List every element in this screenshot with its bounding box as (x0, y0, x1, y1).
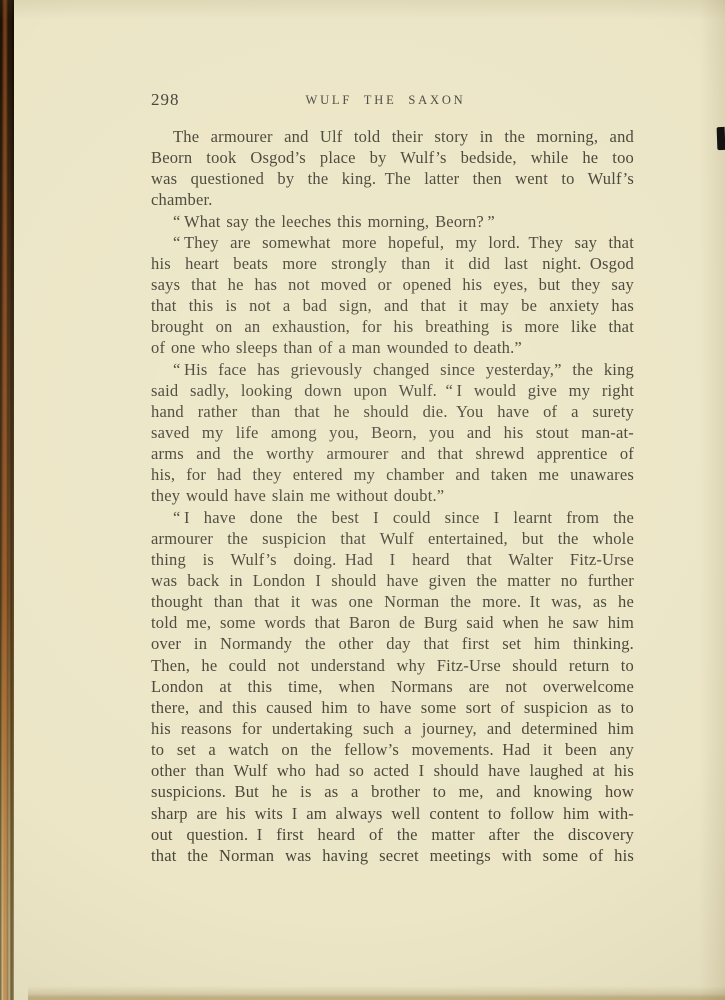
text-line: sharp are his wits I am always well cont… (151, 803, 634, 824)
body-text: The armourer and Ulf told their story in… (151, 126, 634, 866)
text-line: there, and this caused him to have some … (151, 697, 634, 718)
text-line: that the Norman was having secret meetin… (151, 845, 634, 866)
text-line: his reasons for undertaking such a journ… (151, 718, 634, 739)
text-line: “ His face has grievously changed since … (151, 359, 634, 380)
page-header: 298 WULF THE SAXON (151, 90, 620, 110)
text-line: was questioned by the king. The latter t… (151, 168, 634, 189)
book-binding-edge (0, 0, 14, 1000)
text-line: they would have slain me without doubt.” (151, 485, 634, 506)
text-line: said sadly, looking down upon Wulf. “ I … (151, 380, 634, 401)
text-line: out question. I first heard of the matte… (151, 824, 634, 845)
text-line: saved my life among you, Beorn, you and … (151, 422, 634, 443)
text-line: armourer the suspicion that Wulf enterta… (151, 528, 634, 549)
text-line: that this is not a bad sign, and that it… (151, 295, 634, 316)
text-line: arms and the worthy armourer and that sh… (151, 443, 634, 464)
text-line: told me, some words that Baron de Burg s… (151, 612, 634, 633)
text-line: London at this time, when Normans are no… (151, 676, 634, 697)
adjacent-page-ink-mark (717, 127, 725, 150)
running-title: WULF THE SAXON (151, 93, 620, 108)
book-page-scan: 298 WULF THE SAXON The armourer and Ulf … (0, 0, 725, 1000)
text-line: thought than that it was one Norman the … (151, 591, 634, 612)
text-line: says that he has not moved or opened his… (151, 274, 634, 295)
text-line: chamber. (151, 189, 634, 210)
text-line: of one who sleeps than of a man wounded … (151, 337, 634, 358)
book-page: 298 WULF THE SAXON The armourer and Ulf … (14, 0, 725, 1000)
text-line: “ I have done the best I could since I l… (151, 507, 634, 528)
text-line: was back in London I should have given t… (151, 570, 634, 591)
text-line: his heart beats more strongly than it di… (151, 253, 634, 274)
text-line: “ They are somewhat more hopeful, my lor… (151, 232, 634, 253)
text-line: The armourer and Ulf told their story in… (151, 126, 634, 147)
text-line: Beorn took Osgod’s place by Wulf’s bedsi… (151, 147, 634, 168)
text-line: his, for had they entered my chamber and… (151, 464, 634, 485)
text-line: over in Normandy the other day that firs… (151, 633, 634, 654)
text-line: brought on an exhaustion, for his breath… (151, 316, 634, 337)
text-line: hand rather than that he should die. You… (151, 401, 634, 422)
text-line: other than Wulf who had so acted I shoul… (151, 760, 634, 781)
page-bottom-edge (28, 986, 725, 1000)
text-line: Then, he could not understand why Fitz-U… (151, 655, 634, 676)
text-line: “ What say the leeches this morning, Beo… (151, 211, 634, 232)
text-line: suspicions. But he is as a brother to me… (151, 781, 634, 802)
text-line: to set a watch on the fellow’s movements… (151, 739, 634, 760)
text-line: thing is Wulf’s doing. Had I heard that … (151, 549, 634, 570)
